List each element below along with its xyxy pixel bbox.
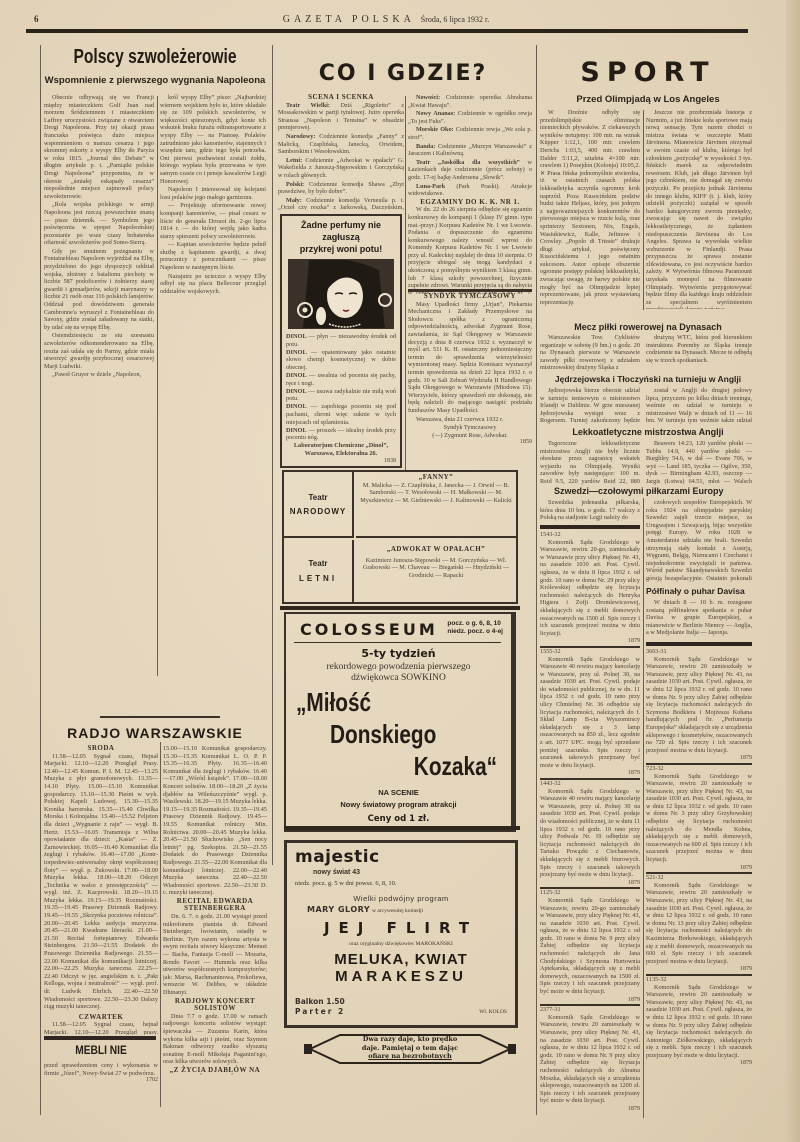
- cycling-column-1: Warszawskie Tow. Cyklistów organizuje w …: [540, 334, 640, 372]
- notice-code: 1879: [540, 770, 640, 780]
- film-title-1: JEJ FLIRT: [287, 919, 515, 937]
- stage-program: Nowy światowy program atrakcji: [286, 800, 511, 809]
- cast-list: Kazimierz Junosza-Stępowski — M. Gorczyń…: [362, 557, 510, 580]
- notice-text: Komornik Sądu Grodzkiego w Warszawie, re…: [646, 984, 752, 1060]
- margin-rule: [40, 45, 41, 1115]
- olympics-column-1: W Dreźnie odbyły się przedolimpijskie el…: [540, 109, 640, 309]
- star-note: w arcywesołej komedji: [372, 908, 423, 914]
- column-rule: [643, 498, 644, 1118]
- event-entry: Teatr „Jaskółka dla wszystkich” w Łazien…: [408, 159, 532, 182]
- play-title: „ADWOKAT W OPAŁACH”: [362, 546, 510, 554]
- tagline: rekordowego powodzenia pierwszego dźwięk…: [286, 662, 511, 684]
- event-entry: Mały: Codziennie komedja Verneuila p. t.…: [278, 197, 404, 210]
- program-label: Wielki podwójny program: [287, 894, 515, 903]
- tennis-column-2: został w Anglji do drugiej połowy lipca,…: [646, 387, 752, 425]
- second-feature-note: oraz oryginalny dźwiękowiec MAROKAŃSKI: [287, 941, 515, 947]
- tennis-headline-block: Jędrzejowska i Tłoczyński na turnieju w …: [538, 372, 758, 386]
- ad-divider: [294, 642, 501, 643]
- notice-code: 1859: [408, 439, 532, 447]
- woman-portrait-icon: [289, 260, 394, 329]
- column-rule: [160, 742, 161, 1107]
- radio-day-heading: ŚRODA: [44, 745, 158, 753]
- showtimes: niedz. pocz. g. 5 w dni powsz. 6, 8, 10.: [295, 880, 396, 887]
- notice-code: 1879: [646, 755, 752, 765]
- concert-text: Dnia 7.7 o godz. 17.00 w ramach radjoweg…: [163, 1013, 267, 1066]
- davis-text-block: W dniach 8 — 10 b. m. rozegrane zostaną …: [646, 599, 752, 639]
- article-column-1: Obecnie odbywają się we Francji między m…: [44, 94, 154, 676]
- athletics-headline: Lekkoatletyczne mistrzostwa Anglji: [540, 425, 756, 439]
- football-text: czołowych zespołów Europejskich. W roku …: [646, 499, 752, 583]
- ad-code: 1702: [44, 1077, 158, 1085]
- issue-date: Środa, 6 lipca 1932 r.: [421, 15, 489, 24]
- artist-credit: Wl. KOLOS: [479, 1009, 507, 1015]
- notice-text: Komornik Sądu Grodzkiego w Warszawie, re…: [540, 1014, 640, 1105]
- syndic-signature-title: Syndyk Tymczasowy: [408, 424, 532, 432]
- court-notice: 1443-32 Komornik Sądu Grodzkiego w Warsz…: [540, 780, 640, 889]
- paper-title-line: GAZETA POLSKA Środa, 6 lipca 1932 r.: [30, 14, 742, 25]
- theatre-listing-table: Teatr NARODOWY „FANNY” M. Malicka — Z. C…: [282, 470, 518, 604]
- athletics-column-1: Tegoroczne lekkoatletyczne mistrzostwa A…: [540, 440, 640, 486]
- notice-code: 1879: [540, 880, 640, 890]
- tennis-text: Jędrzejowska bierze obecnie udział w tur…: [540, 387, 640, 425]
- recital-text: Dn. 6. 7. o godz. 21.00 wystąpi przed mi…: [163, 913, 267, 997]
- article-subheadline: Wspomnienie z pierwszego wygnania Napole…: [42, 74, 268, 88]
- davis-headline-block: Półfinały o puhar Davisa: [646, 584, 756, 598]
- article-paragraph: Napoleon I interesował się kolejami losu…: [160, 186, 266, 201]
- section-rule: [280, 606, 520, 610]
- tagline-1: rekordowego powodzenia pierwszego: [286, 662, 511, 673]
- radio-column-1: ŚRODA 11.58—12.05 Sygnał czasu, Hejnał M…: [44, 745, 158, 1035]
- events-headline-block: CO I GDZIE?: [276, 60, 530, 92]
- event-entry: Polski: Codziennie komedja Shawa „Zbyt p…: [278, 181, 404, 196]
- davis-text: W dniach 8 — 10 b. m. rozegrane zostaną …: [646, 599, 752, 637]
- notice-number: 2377-31: [540, 1006, 640, 1014]
- theatre-name: LETNI: [299, 574, 337, 583]
- syndic-date: Warszawa, dnia 21 czerwca 1932 r.: [408, 416, 532, 424]
- athletics-column-2: Beawers 14:23, 120 yardów płotki — Tubbs…: [646, 440, 752, 486]
- dinol-line: DINOL — usuwa radykalnie nie miłą woń po…: [286, 388, 396, 404]
- radio-column-2: 15.00—15.10 Komunikat gospodarczy. 15.30…: [163, 745, 267, 1075]
- colosseum-ad: COLOSSEUM pocz. o g. 6, 8, 10 niedz. poc…: [284, 612, 516, 832]
- article-paragraph: Nazajutrz po ucieczce z wyspy Elby odbył…: [160, 273, 266, 296]
- dinol-claims: DINOL — płyn — niezawodny środek od potu…: [282, 333, 400, 466]
- court-notice: 723-32 Komornik Sądu Grodzkiego w Warsza…: [646, 765, 752, 874]
- theatre-name-cell: Teatr NARODOWY: [284, 472, 354, 538]
- notice-number: 1125-32: [540, 889, 640, 897]
- football-text: Szwedzka jedenastka piłkarska, która dni…: [540, 499, 640, 522]
- notice-text: Komornik Sądu Grodzkiego w Warszawie 40 …: [540, 656, 640, 770]
- film-title-3: Kozaka“: [414, 752, 497, 780]
- star-line: MARY GLORY w arcywesołej komedji: [307, 905, 423, 914]
- notice-rule: [540, 525, 640, 529]
- notice-text: Komornik Sądu Grodzkiego w Warszawie, re…: [646, 773, 752, 864]
- theatre-label: Teatr: [309, 559, 328, 568]
- article-column-2: król wyspy Elby” pisze: „Najbardziej wie…: [160, 94, 266, 676]
- football-column-1: Szwedzka jedenastka piłkarska, która dni…: [540, 499, 640, 523]
- stage-label: NA SCENIE: [286, 788, 511, 797]
- article-paragraph: — Kapitan szwoleżerów będzie pełnił służ…: [160, 241, 266, 271]
- notice-number: 1443-32: [540, 780, 640, 788]
- masthead: 6 GAZETA POLSKA Środa, 6 lipca 1932 r.: [30, 14, 742, 28]
- event-entry: Banda: Codziennie „Murzyn Warszawski” z …: [408, 143, 532, 158]
- event-entry: Luna-Park (Park Praski). Atrakcje widowi…: [408, 183, 532, 198]
- court-notice: 1543-32 Komornik Sądu Grodzkiego w Warsz…: [540, 531, 640, 648]
- notice-text: Komornik Sądu Grodzkiego w Warszawie, re…: [646, 882, 752, 966]
- olympics-column-2: Jeszcze nie przebrzmiała historja z Nurm…: [646, 109, 752, 309]
- prices: Balkon 1.50 Parter 2: [295, 997, 345, 1017]
- syndic-notice: SYNDYK TYMCZASOWY Masy Upadłości firmy „…: [408, 293, 532, 469]
- dinol-line: DINOL — zapobiega poceniu się pod pacham…: [286, 403, 396, 426]
- concert-heading: RADJOWY KONCERT SOLISTÓW: [163, 998, 267, 1013]
- charity-line-3: ofiarę na bezrobotnych: [340, 1052, 480, 1061]
- play-title: „FANNY”: [360, 474, 512, 482]
- davis-headline: Półfinały o puhar Davisa: [646, 584, 756, 598]
- notice-text: Komornik Sądu Grodzkiego w Warszawie 40 …: [540, 788, 640, 879]
- radio-schedule: 11.58—12.05 Sygnał czasu, Hejnał Marjack…: [44, 753, 158, 1011]
- article-subheadline-block: Wspomnienie z pierwszego wygnania Napole…: [42, 74, 268, 88]
- tagline-2: dźwiękowca SOWKINO: [286, 673, 511, 684]
- column-rule: [643, 110, 644, 310]
- events-headline: CO I GDZIE?: [276, 60, 530, 88]
- scena-heading: SCENA I SCENKA: [278, 94, 404, 102]
- football-column-2: czołowych zespołów Europejskich. W roku …: [646, 499, 752, 583]
- athletics-headline-block: Lekkoatletyczne mistrzostwa Anglji: [540, 425, 756, 439]
- tennis-column-1: Jędrzejowska bierze obecnie udział w tur…: [540, 387, 640, 425]
- event-entry: Nowy Ananas: Codziennie w ogródku rewja …: [408, 110, 532, 125]
- paper-title: GAZETA POLSKA: [283, 14, 414, 25]
- notice-number: 521-32: [646, 874, 752, 882]
- dinol-headline-1: Żadne perfumy nie zagłuszą: [282, 219, 400, 243]
- dinol-line: DINOL — płyn — niezawodny środek od potu…: [286, 333, 396, 349]
- charity-text: Dwa razy daje, kto prędko daje. Pamiętaj…: [340, 1035, 480, 1061]
- article-paragraph: Obecnie odbywają się we Francji między m…: [44, 94, 154, 200]
- cinema-name: majestic: [295, 847, 380, 867]
- article-headline-block: Polscy szwoleżerowie na Elbie: [44, 44, 266, 74]
- furniture-ad-headline-block: MEBLI NIE KUPOWAĆ!: [44, 1041, 158, 1061]
- olympics-text: W Dreźnie odbyły się przedolimpijskie el…: [540, 109, 640, 306]
- showtimes: pocz. o g. 6, 8, 10 niedz. pocz. o 4-ej: [447, 620, 503, 636]
- section-rule: [284, 826, 520, 830]
- notice-text: Komornik Sądu Grodzkiego w Warszawie, re…: [540, 539, 640, 638]
- athletics-text: Tegoroczne lekkoatletyczne mistrzostwa A…: [540, 440, 640, 486]
- article-paragraph: król wyspy Elby” pisze: „Najbardziej wie…: [160, 94, 266, 185]
- cinema-name: COLOSSEUM: [300, 620, 438, 639]
- court-notices-right: 3603-31 Komornik Sądu Grodzkiego w Warsz…: [646, 648, 752, 1118]
- exam-heading: EGZAMINY DO K. K. NR 1.: [408, 199, 532, 207]
- syndic-text: Masy Upadłości firmy „Urjan”, Piekarnia …: [408, 301, 532, 415]
- court-notices-left: 1543-32 Komornik Sądu Grodzkiego w Warsz…: [540, 531, 640, 1121]
- notice-code: 1879: [540, 1106, 640, 1114]
- notice-text: Komornik Sądu Grodzkiego w Warszawie, re…: [646, 656, 752, 755]
- event-entry: Teatr Wielki: Dziś „Rigoletto” z Mossako…: [278, 102, 404, 132]
- furniture-ad-text: przed sprawdzeniem ceny i wykonania w fi…: [44, 1062, 158, 1077]
- dinol-address: Warszawa, Elektoralna 26.: [286, 450, 396, 458]
- notice-number: 723-32: [646, 765, 752, 773]
- charity-line-2: daje. Pamiętaj o tem dając: [340, 1044, 480, 1053]
- football-headline-block: Szwedzi—czołowymi piłkarzami Europy: [540, 484, 756, 498]
- film-title-2: Donskiego: [330, 720, 436, 748]
- devils-heading: „Z ŻYCIA DJABŁÓW NA WILEŃSZCZYŹNIE”: [163, 1067, 267, 1075]
- column-rule: [405, 96, 406, 471]
- cycling-text: Warszawskie Tow. Cyklistów organizuje w …: [540, 334, 640, 372]
- theatre-label: Teatr: [309, 493, 328, 502]
- dinol-line: DINOL — proszek — idealny środek przy po…: [286, 427, 396, 443]
- dinol-ad: Żadne perfumy nie zagłuszą przykrej woni…: [280, 214, 402, 468]
- event-entry: Narodowy: Codziennie komedja „Fanny” z M…: [278, 133, 404, 156]
- notice-code: 1879: [646, 966, 752, 976]
- theatre-name-cell: Teatr LETNI: [284, 540, 354, 602]
- tennis-headline: Jędrzejowska i Tłoczyński na turnieju w …: [538, 372, 758, 386]
- sport-headline: SPORT: [540, 56, 756, 90]
- court-notice: 2377-31 Komornik Sądu Grodzkiego w Warsz…: [540, 1006, 640, 1113]
- column-rule: [272, 45, 273, 865]
- film-title-1: „Miłość: [296, 688, 371, 716]
- film-title-2b: MARAKESZU: [287, 968, 515, 985]
- cycling-headline-block: Mecz piłki rowerowej na Dynasach: [540, 320, 756, 334]
- price-balcony: Balkon 1.50: [295, 997, 345, 1007]
- syndic-signature: (—) Zygmunt Rose, Adwokat.: [408, 432, 532, 440]
- athletics-text: Beawers 14:23, 120 yardów płotki — Tubbs…: [646, 440, 752, 486]
- notice-rule: [646, 642, 752, 646]
- dinol-line: DINOL — opatentowany jako ostatnie słowo…: [286, 349, 396, 372]
- court-notice: 1555-32 Komornik Sądu Grodzkiego w Warsz…: [540, 648, 640, 780]
- section-rule: [408, 289, 532, 292]
- furniture-ad-headline: MEBLI NIE KUPOWAĆ!: [53, 1041, 150, 1061]
- radio-day-heading: CZWARTEK: [44, 1014, 158, 1022]
- star-name: MARY GLORY: [307, 905, 370, 914]
- olympics-headline-block: Przed Olimpjadą w Los Angeles: [540, 93, 756, 107]
- theatre-cast-cell: „ADWOKAT W OPAŁACH” Kazimierz Junosza-St…: [356, 540, 516, 602]
- ad-rule: [44, 1036, 156, 1040]
- article-paragraph: Gdy po smutnem pożegnaniu w Fontaineblea…: [44, 248, 154, 332]
- dinol-line: DINOL — uwalnia od pocenia się pachy, rę…: [286, 372, 396, 388]
- ticket-price: Ceny od 1 zł.: [286, 814, 511, 824]
- article-paragraph: — Projektuję uformowanie nowej kompanji …: [160, 202, 266, 240]
- article-paragraph: „Paweł Gruyer w dziele „Napoleon,: [44, 371, 154, 379]
- notice-code: 1879: [646, 865, 752, 875]
- court-notice: 521-32 Komornik Sądu Grodzkiego w Warsza…: [646, 874, 752, 976]
- dinol-headline-2: przykrej woni potu!: [282, 243, 400, 255]
- charity-line-1: Dwa razy daje, kto prędko: [340, 1035, 480, 1044]
- event-entry: Morskie Oko: Codziennie rewja „We sola p…: [408, 126, 532, 141]
- film-title-2a: MELUKA, KWIAT: [287, 951, 515, 968]
- radio-headline-block: RADJO WARSZAWSKIE: [44, 722, 266, 746]
- article-paragraph: „Rola wojska polskiego w armji Napoleona…: [44, 201, 154, 247]
- olympics-text: Jeszcze nie przebrzmiała historja z Nurm…: [646, 109, 752, 309]
- radio-headline: RADJO WARSZAWSKIE: [44, 722, 266, 744]
- notice-number: 1555-32: [540, 648, 640, 656]
- event-entry: Nowości: Codziennie operetka Abrahama „K…: [408, 94, 532, 109]
- masthead-rule: [26, 29, 748, 33]
- cycling-headline: Mecz piłki rowerowej na Dynasach: [540, 320, 756, 334]
- cycling-text: drużyną WTC, która pod kierunkiem instru…: [646, 334, 752, 364]
- notice-code: 1879: [646, 1060, 752, 1068]
- run-week: 5-ty tydzień: [286, 647, 511, 660]
- event-entry: Letni: Codziennie „Adwokat w opałach” G.…: [278, 157, 404, 180]
- exam-text: W dn. 22 do 26 sierpnia odbędzie się egz…: [408, 206, 532, 294]
- furniture-ad-body: przed sprawdzeniem ceny i wykonania w fi…: [44, 1062, 158, 1092]
- cast-list: M. Malicka — Z. Czaplińska, J. Janecka —…: [360, 482, 512, 505]
- radio-schedule: 11.58—12.05 Sygnał czasu, hejnał Marjack…: [44, 1021, 158, 1035]
- column-rule: [157, 96, 158, 676]
- court-notice: 1135-32 Komornik Sądu Grodzkiego w Warsz…: [646, 976, 752, 1068]
- olympics-headline: Przed Olimpjadą w Los Angeles: [540, 93, 756, 107]
- cinema-address: nowy świat 43: [313, 869, 360, 876]
- ad-code: 1838: [286, 458, 396, 466]
- tennis-text: został w Anglji do drugiej połowy lipca,…: [646, 387, 752, 425]
- article-headline: Polscy szwoleżerowie na Elbie: [68, 44, 241, 74]
- majestic-ad: majestic nowy świat 43 niedz. pocz. g. 5…: [284, 840, 518, 1028]
- page-edge: [786, 0, 800, 1142]
- syndic-heading: SYNDYK TYMCZASOWY: [408, 293, 532, 301]
- sport-headline-block: SPORT: [540, 56, 756, 92]
- notice-number: 3603-31: [646, 648, 752, 656]
- charity-banner: Dwa razy daje, kto prędko daje. Pamiętaj…: [300, 1032, 520, 1066]
- radio-schedule: 15.00—15.10 Komunikat gospodarczy. 15.30…: [163, 745, 267, 897]
- cycling-column-2: drużyną WTC, która pod kierunkiem instru…: [646, 334, 752, 372]
- events-column-1: SCENA I SCENKA Teatr Wielki: Dziś „Rigol…: [278, 94, 404, 210]
- events-column-2: Nowości: Codziennie operetka Abrahama „K…: [408, 94, 532, 294]
- dinol-lab: Laboratorjum Chemiczne „Dinol”,: [286, 442, 396, 450]
- notice-number: 1543-32: [540, 531, 640, 539]
- recital-heading: RECITAL EDWARDA STEINBERGERA: [163, 898, 267, 913]
- football-headline: Szwedzi—czołowymi piłkarzami Europy: [540, 484, 756, 498]
- notice-number: 1135-32: [646, 976, 752, 984]
- court-notice: 1125-32 Komornik Sądu Grodzkiego w Warsz…: [540, 889, 640, 1006]
- section-rule: [100, 716, 220, 718]
- theatre-cast-cell: „FANNY” M. Malicka — Z. Czaplińska, J. J…: [356, 472, 516, 538]
- notice-code: 1879: [540, 638, 640, 648]
- newspaper-page: 6 GAZETA POLSKA Środa, 6 lipca 1932 r. P…: [0, 0, 800, 1142]
- notice-text: Komornik Sądu Grodzkiego w Warszawie, re…: [540, 897, 640, 996]
- woman-illustration: [288, 259, 394, 329]
- theatre-name: NARODOWY: [290, 507, 346, 516]
- notice-code: 1879: [540, 997, 640, 1007]
- court-notice: 3603-31 Komornik Sądu Grodzkiego w Warsz…: [646, 648, 752, 765]
- showtimes-sunday: niedz. pocz. o 4-ej: [447, 628, 503, 636]
- column-rule: [536, 45, 537, 1115]
- showtimes-weekday: pocz. o g. 6, 8, 10: [447, 620, 503, 628]
- article-paragraph: Osiemdziesięciu ze stu szesnastu szwoleż…: [44, 332, 154, 370]
- price-stalls: Parter 2: [295, 1007, 345, 1017]
